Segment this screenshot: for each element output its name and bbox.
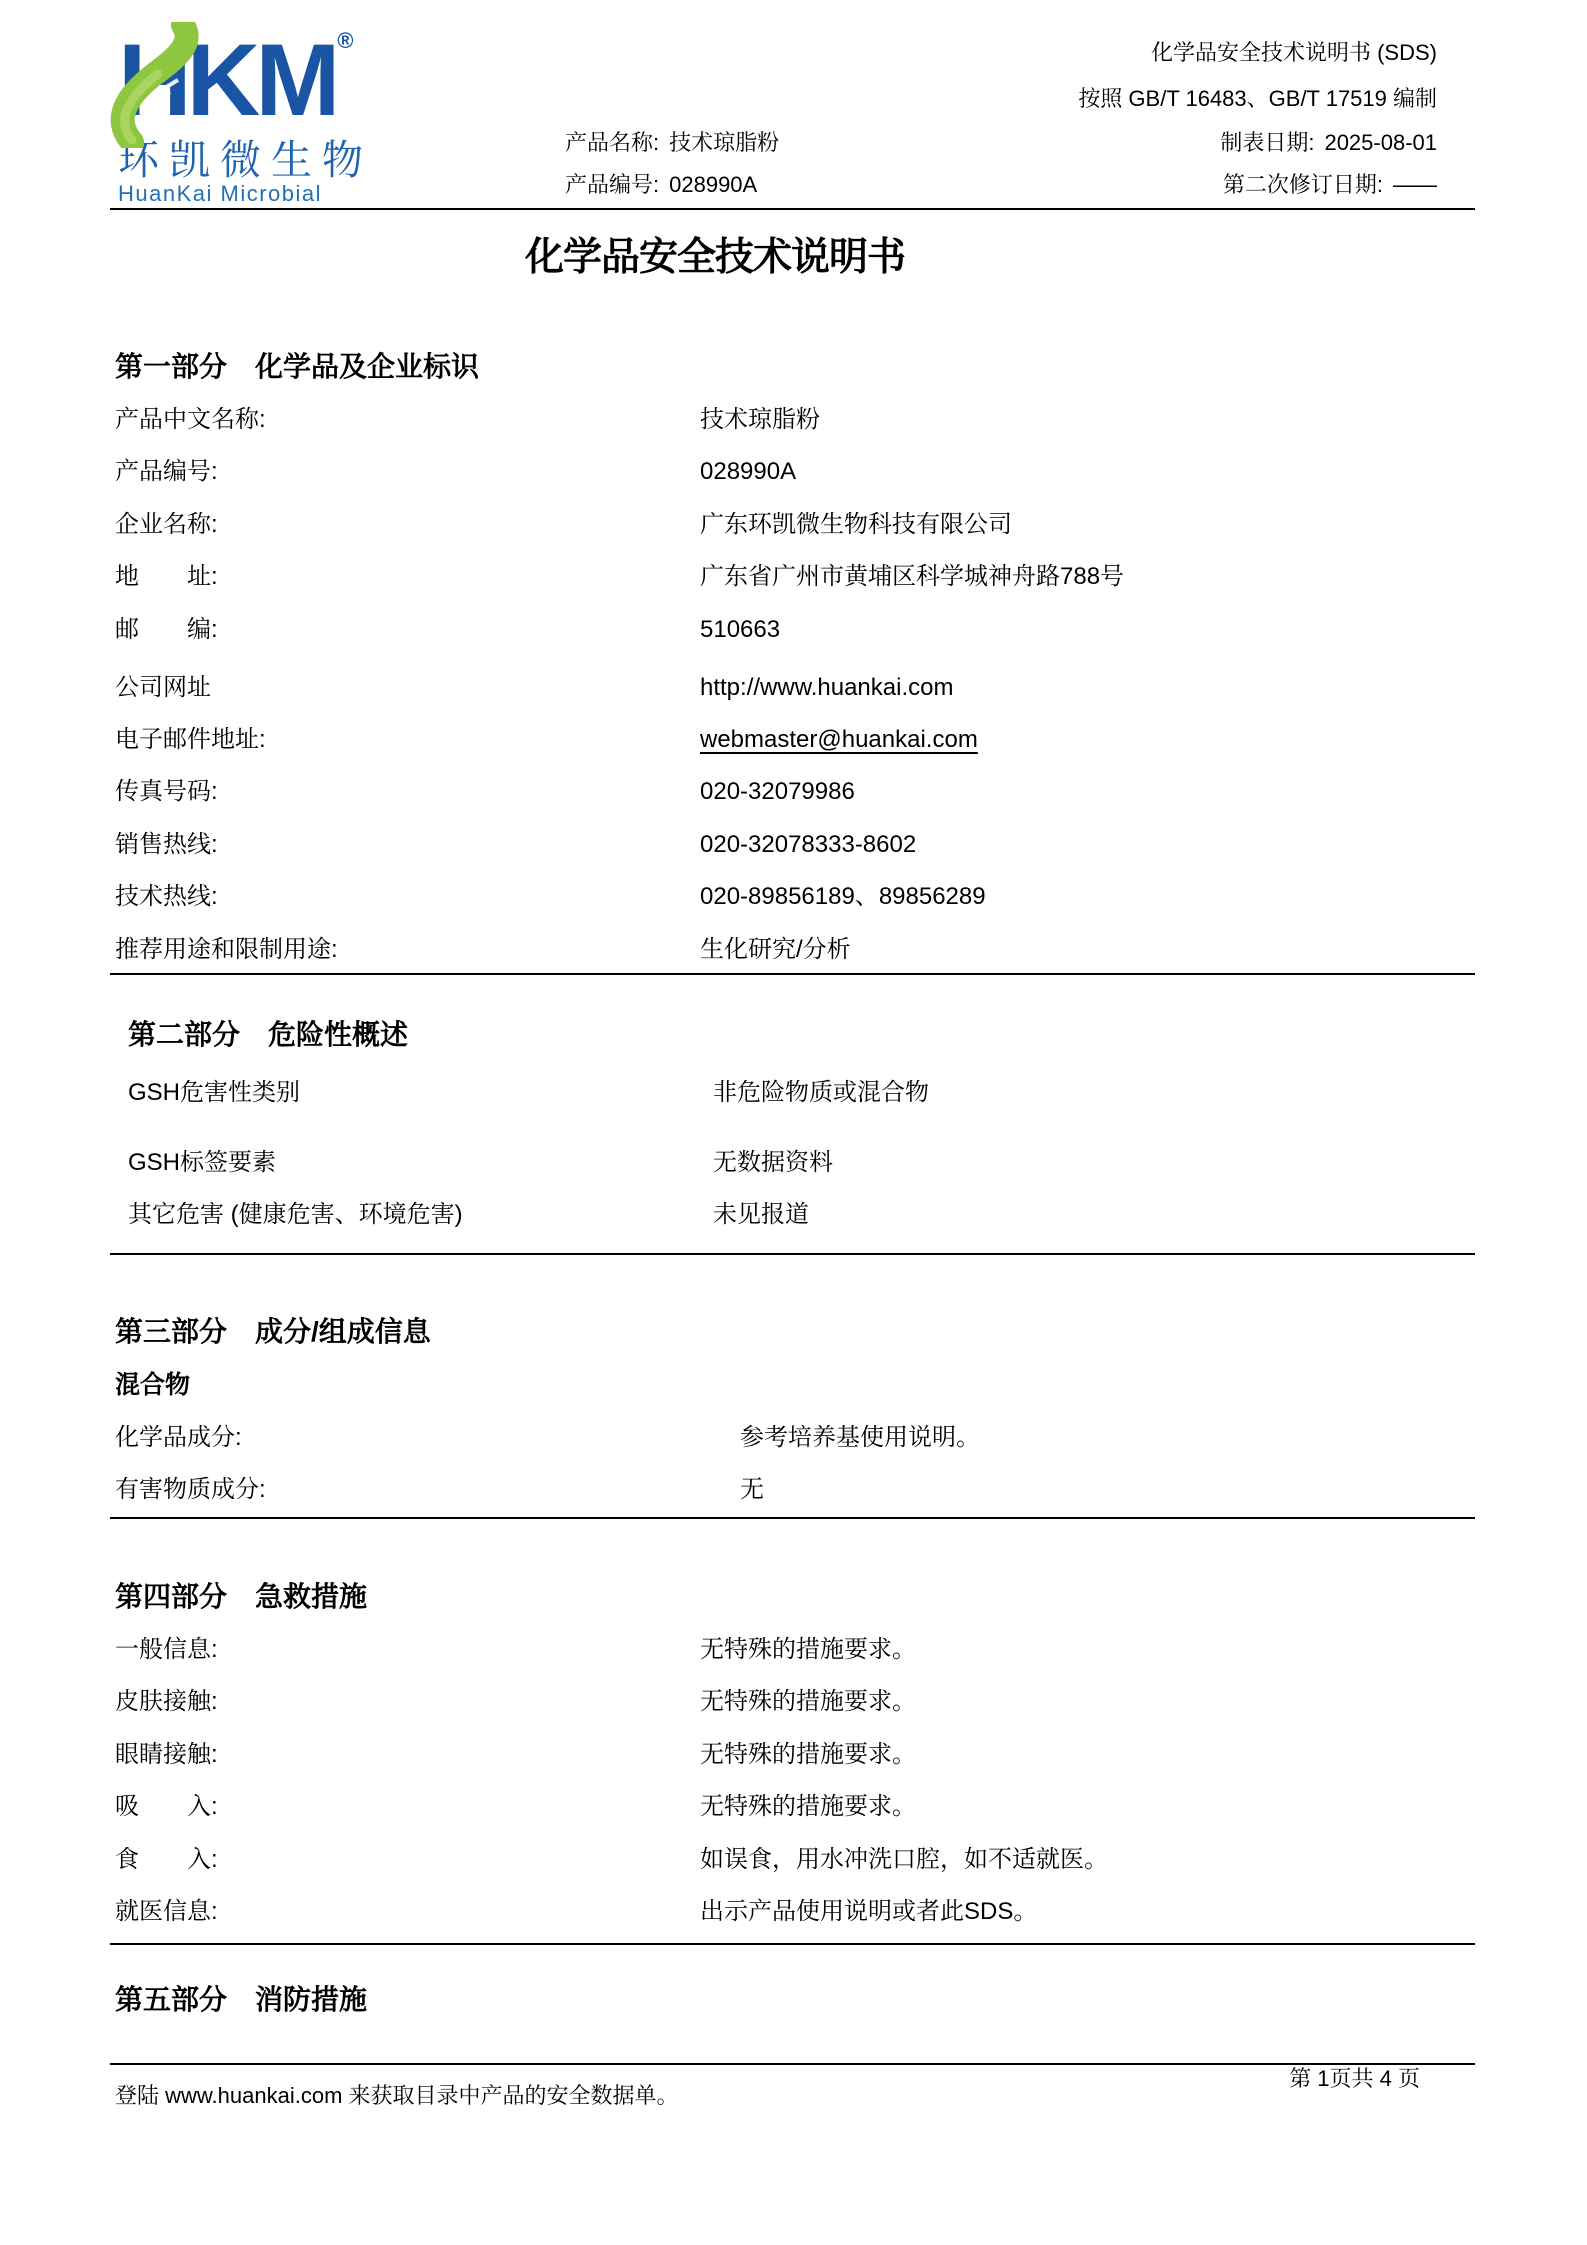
- product-code-label: 产品编号:: [565, 172, 659, 197]
- section-2-title: 第二部分 危险性概述: [128, 1018, 408, 1052]
- field-label: GSH标签要素: [128, 1148, 276, 1178]
- field-label: 化学品成分:: [115, 1423, 242, 1453]
- header-divider: [110, 208, 1475, 210]
- field-value: 无特殊的措施要求。: [700, 1635, 916, 1665]
- field-row: GSH危害性类别 非危险物质或混合物: [128, 1078, 1488, 1108]
- field-row: 电子邮件地址: webmaster@huankai.com: [115, 725, 1475, 755]
- field-value: 无特殊的措施要求。: [700, 1792, 916, 1822]
- section-divider: [110, 1943, 1475, 1945]
- revision-date-line: 第二次修订日期:——: [1223, 172, 1437, 198]
- field-value: 出示产品使用说明或者此SDS。: [700, 1897, 1037, 1927]
- field-value: 无数据资料: [713, 1148, 833, 1178]
- field-row: 推荐用途和限制用途: 生化研究/分析: [115, 935, 1475, 965]
- field-value: 技术琼脂粉: [700, 405, 820, 435]
- field-value: 无特殊的措施要求。: [700, 1687, 916, 1717]
- revision-date-value: ——: [1393, 172, 1437, 197]
- field-value: 020-32078333-8602: [700, 830, 916, 860]
- page-indicator: 第 1页共 4 页: [1289, 2066, 1420, 2092]
- field-row: 皮肤接触: 无特殊的措施要求。: [115, 1687, 1475, 1717]
- mixture-subheading: 混合物: [115, 1370, 190, 1400]
- field-row: GSH标签要素 无数据资料: [128, 1148, 1488, 1178]
- field-label: 企业名称:: [115, 510, 218, 540]
- field-row: 眼睛接触: 无特殊的措施要求。: [115, 1740, 1475, 1770]
- field-row: 公司网址 http://www.huankai.com: [115, 673, 1475, 703]
- field-row: 传真号码: 020-32079986: [115, 777, 1475, 807]
- product-name-value: 技术琼脂粉: [669, 130, 779, 155]
- email-link[interactable]: webmaster@huankai.com: [700, 725, 978, 755]
- field-value: 510663: [700, 615, 780, 645]
- field-label: 传真号码:: [115, 777, 218, 807]
- field-value: 未见报道: [713, 1200, 809, 1230]
- website-url: http://www.huankai.com: [700, 673, 953, 703]
- sds-document-page: HKM® 环凯微生物 HuanKai Microbial 化学品安全技术说明书 …: [0, 0, 1587, 2245]
- field-row: 其它危害 (健康危害、环境危害) 未见报道: [128, 1200, 1488, 1230]
- field-row: 技术热线: 020-89856189、89856289: [115, 882, 1475, 912]
- field-label: 眼睛接触:: [115, 1740, 218, 1770]
- section-divider: [110, 1253, 1475, 1255]
- field-value: 无特殊的措施要求。: [700, 1740, 916, 1770]
- field-label: 皮肤接触:: [115, 1687, 218, 1717]
- section-divider: [110, 973, 1475, 975]
- field-row: 地 址: 广东省广州市黄埔区科学城神舟路788号: [115, 562, 1475, 592]
- field-value: 020-89856189、89856289: [700, 882, 986, 912]
- tabulation-date-value: 2025-08-01: [1324, 130, 1437, 155]
- field-label: 就医信息:: [115, 1897, 218, 1927]
- revision-date-label: 第二次修订日期:: [1223, 172, 1383, 197]
- field-label: 推荐用途和限制用途:: [115, 935, 338, 965]
- field-label: 产品中文名称:: [115, 405, 266, 435]
- field-row: 销售热线: 020-32078333-8602: [115, 830, 1475, 860]
- field-label: 地 址:: [115, 562, 218, 592]
- section-3-title: 第三部分 成分/组成信息: [115, 1315, 431, 1349]
- field-value: 020-32079986: [700, 777, 855, 807]
- section-divider: [110, 1517, 1475, 1519]
- field-label: GSH危害性类别: [128, 1078, 300, 1108]
- product-code-line: 产品编号:028990A: [565, 172, 757, 198]
- section-5-title: 第五部分 消防措施: [115, 1983, 367, 2017]
- field-row: 产品中文名称: 技术琼脂粉: [115, 405, 1475, 435]
- field-label: 吸 入:: [115, 1792, 218, 1822]
- field-label: 技术热线:: [115, 882, 218, 912]
- field-label: 有害物质成分:: [115, 1475, 266, 1505]
- product-code-value: 028990A: [669, 172, 757, 197]
- field-row: 有害物质成分: 无: [115, 1475, 1475, 1505]
- field-row: 就医信息: 出示产品使用说明或者此SDS。: [115, 1897, 1475, 1927]
- field-label: 食 入:: [115, 1845, 218, 1875]
- field-row: 企业名称: 广东环凯微生物科技有限公司: [115, 510, 1475, 540]
- field-label: 一般信息:: [115, 1635, 218, 1665]
- tabulation-date-label: 制表日期:: [1220, 130, 1314, 155]
- section-1-title: 第一部分 化学品及企业标识: [115, 350, 479, 384]
- field-value: 参考培养基使用说明。: [740, 1423, 980, 1453]
- registered-trademark-icon: ®: [337, 28, 353, 54]
- field-row: 吸 入: 无特殊的措施要求。: [115, 1792, 1475, 1822]
- field-label: 邮 编:: [115, 615, 218, 645]
- field-value: 028990A: [700, 457, 796, 487]
- field-row: 产品编号: 028990A: [115, 457, 1475, 487]
- logo-cn-text: 环凯微生物: [118, 138, 418, 182]
- field-value: 生化研究/分析: [700, 935, 851, 965]
- footer-note: 登陆 www.huankai.com 来获取目录中产品的安全数据单。: [115, 2083, 679, 2109]
- field-value: 无: [740, 1475, 764, 1505]
- field-value: 如误食，用水冲洗口腔，如不适就医。: [700, 1845, 1108, 1875]
- doc-type-line: 化学品安全技术说明书 (SDS): [1151, 40, 1437, 66]
- field-label: 销售热线:: [115, 830, 218, 860]
- standard-line: 按照 GB/T 16483、GB/T 17519 编制: [1078, 86, 1437, 112]
- document-title: 化学品安全技术说明书: [110, 226, 1320, 282]
- field-label: 其它危害 (健康危害、环境危害): [128, 1200, 463, 1230]
- section-4-title: 第四部分 急救措施: [115, 1580, 367, 1614]
- field-row: 邮 编: 510663: [115, 615, 1475, 645]
- product-name-label: 产品名称:: [565, 130, 659, 155]
- field-value: 广东环凯微生物科技有限公司: [700, 510, 1012, 540]
- field-label: 电子邮件地址:: [115, 725, 266, 755]
- field-value: 广东省广州市黄埔区科学城神舟路788号: [700, 562, 1124, 592]
- hkm-logo-text: HKM: [118, 23, 335, 137]
- hkm-logo: HKM® 环凯微生物 HuanKai Microbial: [118, 26, 418, 206]
- logo-en-text: HuanKai Microbial: [118, 182, 418, 206]
- field-row: 食 入: 如误食，用水冲洗口腔，如不适就医。: [115, 1845, 1475, 1875]
- product-name-line: 产品名称:技术琼脂粉: [565, 130, 779, 156]
- hkm-logo-mark: HKM®: [118, 26, 418, 138]
- footer-divider: [110, 2063, 1475, 2065]
- field-label: 公司网址: [115, 673, 211, 703]
- tabulation-date-line: 制表日期:2025-08-01: [1220, 130, 1437, 156]
- field-row: 化学品成分: 参考培养基使用说明。: [115, 1423, 1475, 1453]
- field-label: 产品编号:: [115, 457, 218, 487]
- field-value: 非危险物质或混合物: [713, 1078, 929, 1108]
- field-row: 一般信息: 无特殊的措施要求。: [115, 1635, 1475, 1665]
